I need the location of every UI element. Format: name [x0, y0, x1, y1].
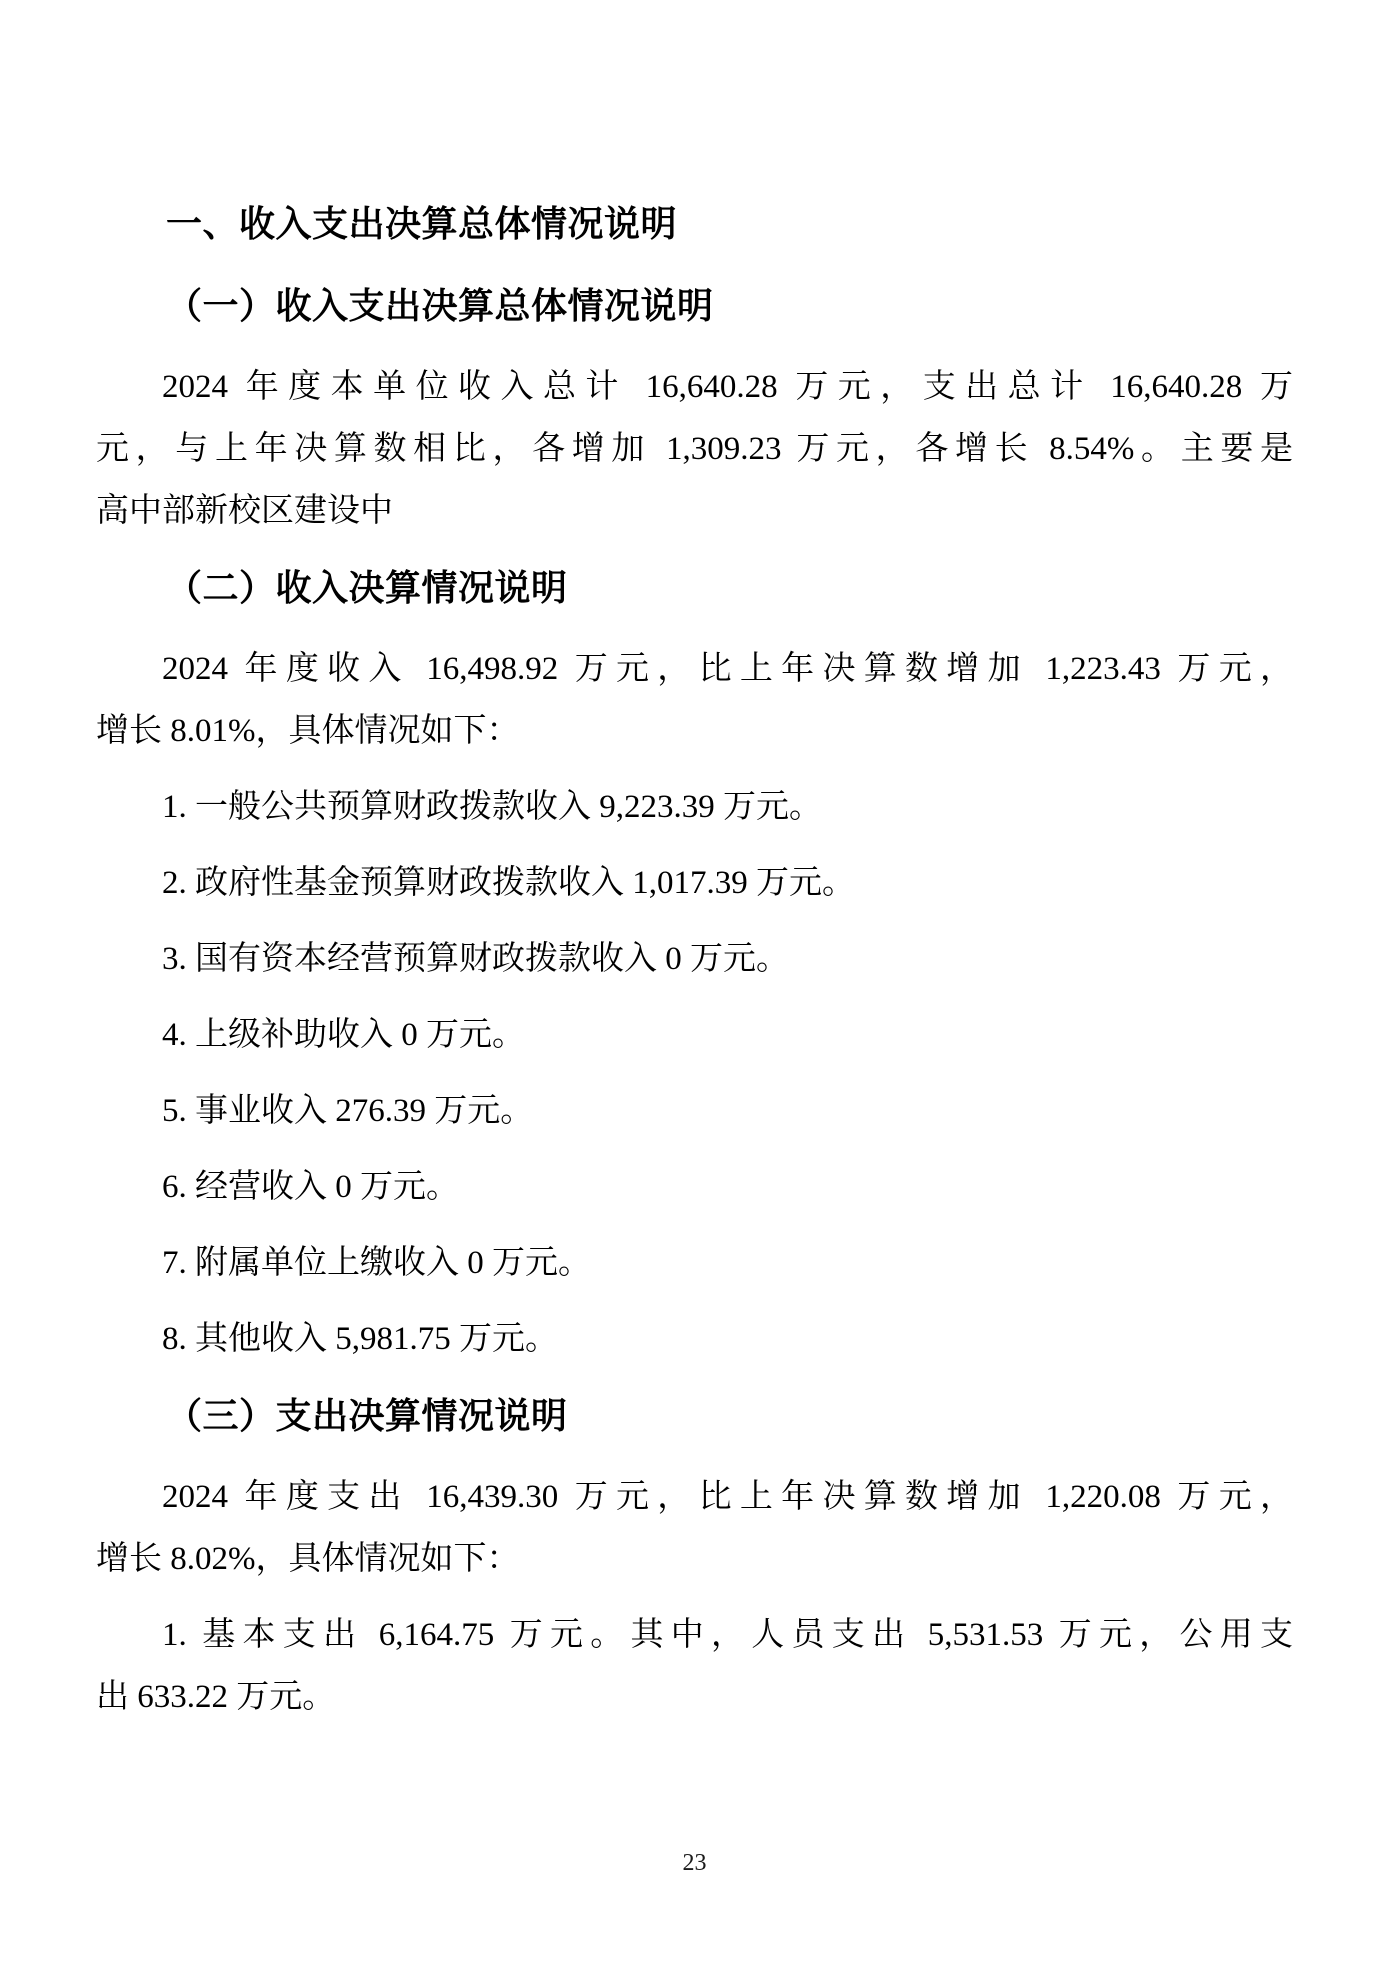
para-line: 2024 年度本单位收入总计 16,640.28 万元，支出总计 16,640.…: [96, 356, 1293, 418]
list-item: 1. 一般公共预算财政拨款收入 9,223.39 万元。: [96, 776, 1293, 838]
document-page: 一、收入支出决算总体情况说明 （一）收入支出决算总体情况说明 2024 年度本单…: [0, 0, 1389, 1964]
list-item: 2. 政府性基金预算财政拨款收入 1,017.39 万元。: [96, 852, 1293, 914]
para-line: 增长 8.02%，具体情况如下：: [96, 1528, 1293, 1590]
list-item: 5. 事业收入 276.39 万元。: [96, 1080, 1293, 1142]
list-item-text: 7. 附属单位上缴收入 0 万元。: [96, 1232, 1293, 1294]
list-item-text: 6. 经营收入 0 万元。: [96, 1156, 1293, 1218]
para-line: 增长 8.01%，具体情况如下：: [96, 700, 1293, 762]
para-line: 1. 基本支出 6,164.75 万元。其中，人员支出 5,531.53 万元，…: [96, 1604, 1293, 1666]
income-list: 1. 一般公共预算财政拨款收入 9,223.39 万元。 2. 政府性基金预算财…: [96, 776, 1293, 1370]
list-item-text: 2. 政府性基金预算财政拨款收入 1,017.39 万元。: [96, 852, 1293, 914]
section3-heading: （三）支出决算情况说明: [96, 1384, 1293, 1448]
page-number: 23: [0, 1850, 1389, 1877]
para-line: 出 633.22 万元。: [96, 1666, 1293, 1728]
main-heading: 一、收入支出决算总体情况说明: [96, 192, 1293, 256]
para-line: 高中部新校区建设中: [96, 480, 1293, 542]
list-item: 3. 国有资本经营预算财政拨款收入 0 万元。: [96, 928, 1293, 990]
list-item: 7. 附属单位上缴收入 0 万元。: [96, 1232, 1293, 1294]
list-item: 6. 经营收入 0 万元。: [96, 1156, 1293, 1218]
list-item-text: 1. 一般公共预算财政拨款收入 9,223.39 万元。: [96, 776, 1293, 838]
section1-heading: （一）收入支出决算总体情况说明: [96, 274, 1293, 338]
para-line: 2024 年度支出 16,439.30 万元，比上年决算数增加 1,220.08…: [96, 1466, 1293, 1528]
list-item: 4. 上级补助收入 0 万元。: [96, 1004, 1293, 1066]
para-line: 2024 年度收入 16,498.92 万元，比上年决算数增加 1,223.43…: [96, 638, 1293, 700]
list-item-text: 4. 上级补助收入 0 万元。: [96, 1004, 1293, 1066]
list-item-text: 8. 其他收入 5,981.75 万元。: [96, 1308, 1293, 1370]
section2-heading: （二）收入决算情况说明: [96, 556, 1293, 620]
section3-paragraph: 2024 年度支出 16,439.30 万元，比上年决算数增加 1,220.08…: [96, 1466, 1293, 1590]
list-item: 8. 其他收入 5,981.75 万元。: [96, 1308, 1293, 1370]
list-item-text: 3. 国有资本经营预算财政拨款收入 0 万元。: [96, 928, 1293, 990]
para-line: 元，与上年决算数相比，各增加 1,309.23 万元，各增长 8.54%。主要是: [96, 418, 1293, 480]
list-item-text: 5. 事业收入 276.39 万元。: [96, 1080, 1293, 1142]
section2-paragraph: 2024 年度收入 16,498.92 万元，比上年决算数增加 1,223.43…: [96, 638, 1293, 762]
section3-item1: 1. 基本支出 6,164.75 万元。其中，人员支出 5,531.53 万元，…: [96, 1604, 1293, 1728]
section1-paragraph: 2024 年度本单位收入总计 16,640.28 万元，支出总计 16,640.…: [96, 356, 1293, 542]
